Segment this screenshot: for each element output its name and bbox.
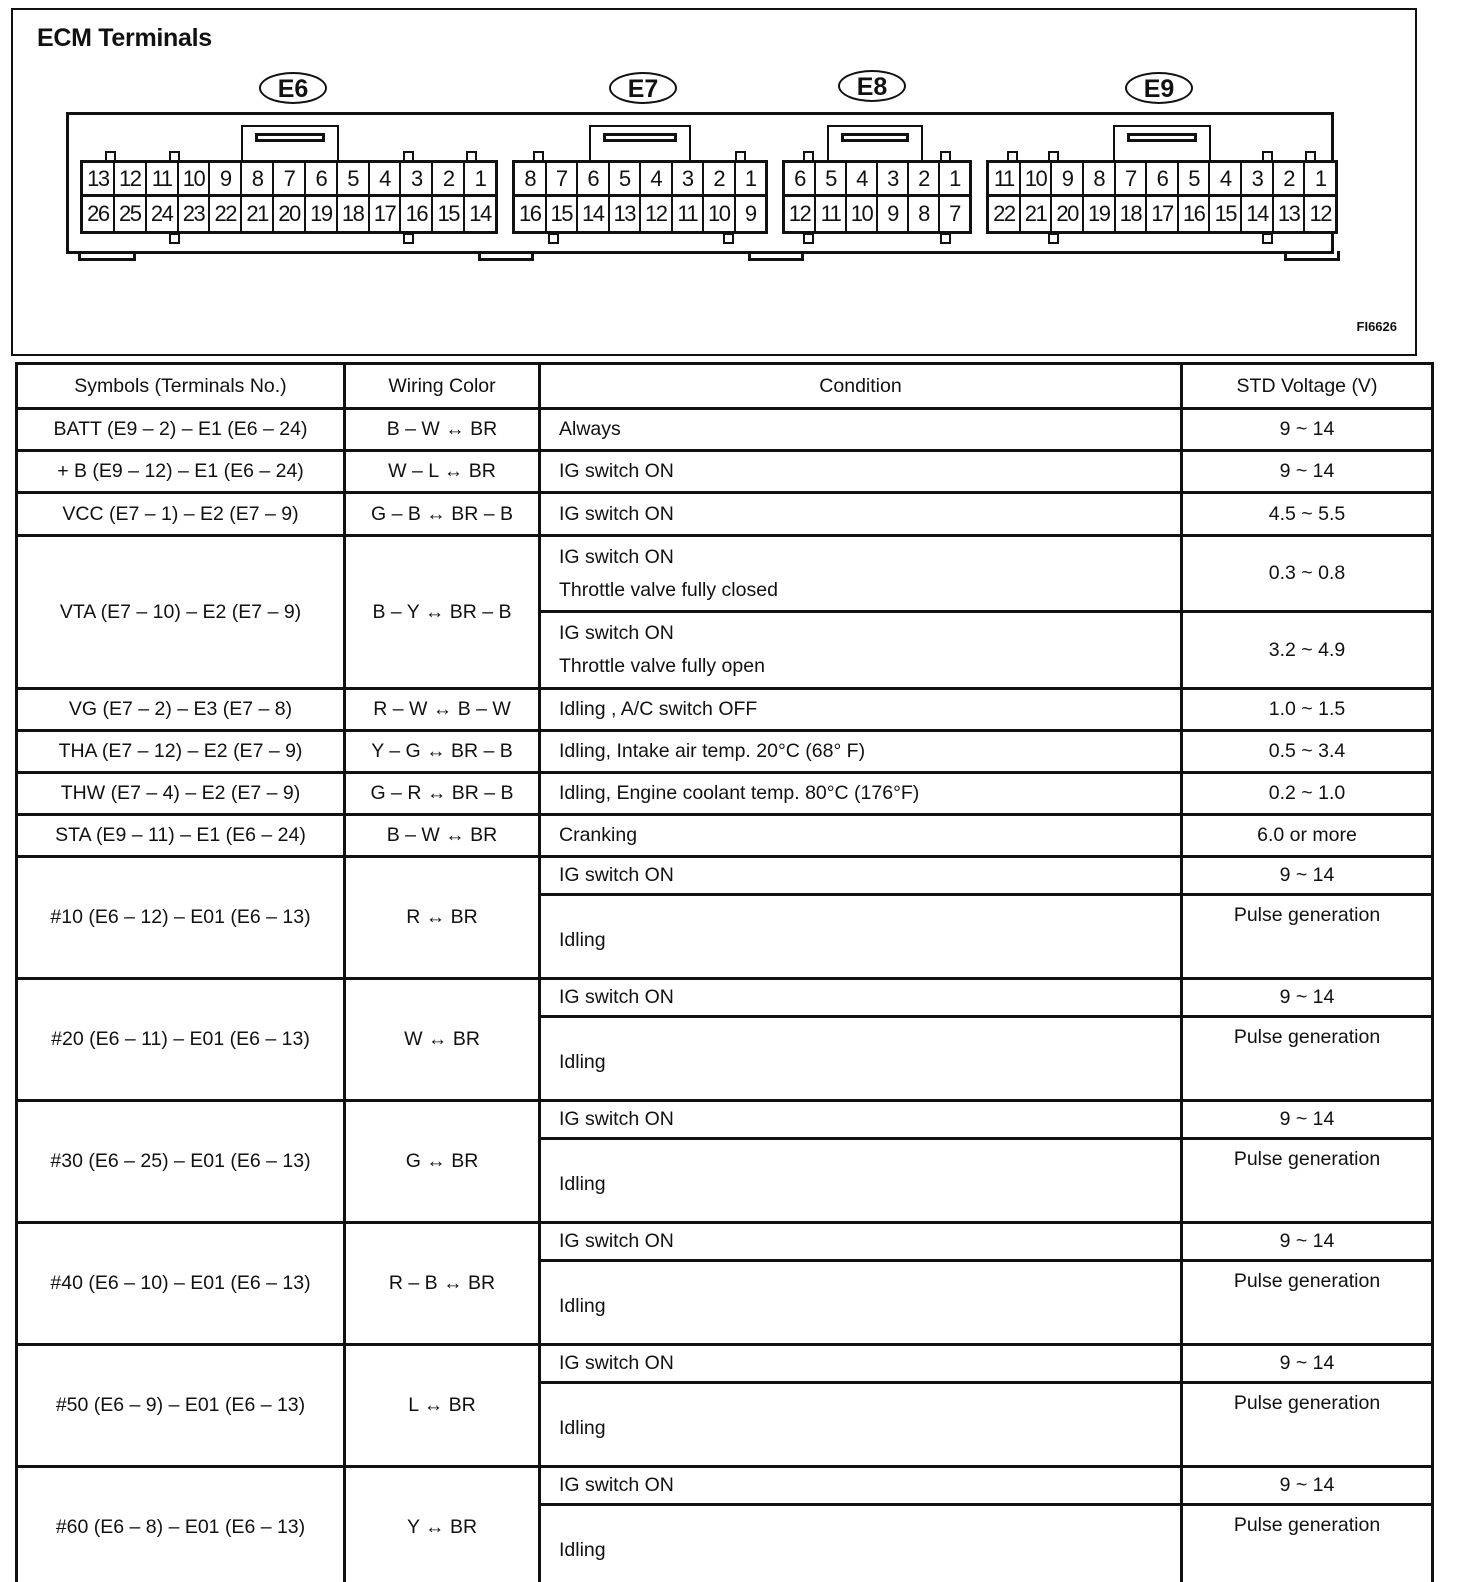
pin-row-bottom: 26252423222120191817161514 — [83, 197, 495, 231]
voltage-cell: 9 ~ 14 — [1182, 1345, 1433, 1383]
symbol-cell: VCC (E7 – 1) – E2 (E7 – 9) — [17, 493, 345, 536]
voltage-cell: 9 ~ 14 — [1182, 451, 1433, 493]
terminal-pin: 8 — [240, 163, 272, 194]
terminal-pin: 4 — [845, 163, 876, 194]
wiring-cell: W ↔ BR — [345, 979, 540, 1101]
table-header-row: Symbols (Terminals No.) Wiring Color Con… — [17, 364, 1433, 409]
voltage-cell: 0.2 ~ 1.0 — [1182, 773, 1433, 815]
terminal-pin: 11 — [671, 197, 703, 231]
voltage-cell: 9 ~ 14 — [1182, 1223, 1433, 1261]
guide-tab — [169, 151, 180, 162]
connector-e9: 1110987654321 2221201918171615141312 — [986, 160, 1338, 234]
terminal-pin: 12 — [113, 163, 145, 194]
terminal-pin: 22 — [989, 197, 1019, 231]
terminal-pin: 7 — [272, 163, 304, 194]
symbol-cell: THA (E7 – 12) – E2 (E7 – 9) — [17, 731, 345, 773]
header-wiring-color: Wiring Color — [345, 364, 540, 409]
terminal-pin: 20 — [272, 197, 304, 231]
condition-cell: Idling, Intake air temp. 20°C (68° F) — [540, 731, 1182, 773]
voltage-cell: 9 ~ 14 — [1182, 979, 1433, 1017]
terminal-pin: 22 — [208, 197, 240, 231]
condition-cell: IG switch ON Throttle valve fully closed — [540, 536, 1182, 612]
connector-lock — [827, 125, 923, 161]
guide-tab — [1305, 151, 1316, 162]
symbol-cell: #60 (E6 – 8) – E01 (E6 – 13) — [17, 1467, 345, 1582]
terminal-pin: 10 — [702, 197, 734, 231]
guide-tab — [1007, 151, 1018, 162]
terminal-pin: 7 — [545, 163, 577, 194]
terminal-pin: 16 — [1177, 197, 1209, 231]
terminal-pin: 16 — [515, 197, 545, 231]
voltage-cell: 6.0 or more — [1182, 815, 1433, 857]
table-row: + B (E9 – 12) – E1 (E6 – 24) W – L ↔ BR … — [17, 451, 1433, 493]
voltage-cell: 0.5 ~ 3.4 — [1182, 731, 1433, 773]
voltage-cell: 0.3 ~ 0.8 — [1182, 536, 1433, 612]
table-row: VG (E7 – 2) – E3 (E7 – 8) R – W ↔ B – W … — [17, 689, 1433, 731]
condition-cell: IG switch ON — [540, 493, 1182, 536]
figure-id: FI6626 — [1357, 319, 1397, 334]
table-row-injector: #50 (E6 – 9) – E01 (E6 – 13) L ↔ BR IG s… — [17, 1345, 1433, 1383]
table-row: VCC (E7 – 1) – E2 (E7 – 9) G – B ↔ BR – … — [17, 493, 1433, 536]
terminal-pin: 5 — [814, 163, 845, 194]
guide-tab — [403, 151, 414, 162]
condition-line: IG switch ON — [559, 541, 1162, 574]
terminal-pin: 9 — [208, 163, 240, 194]
terminal-pin: 13 — [83, 163, 113, 194]
symbol-cell: #30 (E6 – 25) – E01 (E6 – 13) — [17, 1101, 345, 1223]
terminal-pin: 14 — [463, 197, 495, 231]
voltage-cell: Pulse generation — [1182, 1139, 1433, 1223]
terminal-pin: 8 — [515, 163, 545, 194]
voltage-cell: 1.0 ~ 1.5 — [1182, 689, 1433, 731]
housing-foot — [78, 251, 136, 261]
terminal-pin: 19 — [304, 197, 336, 231]
terminal-pin: 13 — [608, 197, 640, 231]
table-row-injector: #20 (E6 – 11) – E01 (E6 – 13) W ↔ BR IG … — [17, 979, 1433, 1017]
terminal-pin: 7 — [938, 197, 969, 231]
terminal-pin: 18 — [1114, 197, 1146, 231]
terminal-pin: 2 — [907, 163, 938, 194]
terminal-pin: 4 — [639, 163, 671, 194]
terminal-pin: 10 — [845, 197, 876, 231]
terminal-pin: 4 — [1208, 163, 1240, 194]
pin-row-top: 654321 — [785, 163, 969, 197]
terminal-pin: 5 — [336, 163, 368, 194]
wiring-cell: W – L ↔ BR — [345, 451, 540, 493]
pin-row-bottom: 161514131211109 — [515, 197, 765, 231]
table-row-vta: VTA (E7 – 10) – E2 (E7 – 9) B – Y ↔ BR –… — [17, 536, 1433, 612]
voltage-cell: 3.2 ~ 4.9 — [1182, 612, 1433, 689]
terminal-pin: 25 — [113, 197, 145, 231]
table-row-injector: #40 (E6 – 10) – E01 (E6 – 13) R – B ↔ BR… — [17, 1223, 1433, 1261]
terminal-pin: 12 — [1303, 197, 1335, 231]
symbol-cell: VG (E7 – 2) – E3 (E7 – 8) — [17, 689, 345, 731]
wiring-cell: B – W ↔ BR — [345, 409, 540, 451]
symbol-cell: #40 (E6 – 10) – E01 (E6 – 13) — [17, 1223, 345, 1345]
pin-row-top: 13121110987654321 — [83, 163, 495, 197]
wiring-cell: B – Y ↔ BR – B — [345, 536, 540, 689]
terminal-pin: 3 — [399, 163, 431, 194]
terminal-pin: 15 — [1208, 197, 1240, 231]
guide-tab — [723, 233, 734, 244]
table-row: BATT (E9 – 2) – E1 (E6 – 24) B – W ↔ BR … — [17, 409, 1433, 451]
terminal-pin: 15 — [431, 197, 463, 231]
terminal-pin: 7 — [1114, 163, 1146, 194]
condition-cell: Idling — [540, 1261, 1182, 1345]
voltage-cell: 9 ~ 14 — [1182, 409, 1433, 451]
condition-cell: Idling — [540, 1139, 1182, 1223]
terminal-pin: 2 — [1272, 163, 1304, 194]
terminal-pin: 4 — [368, 163, 400, 194]
wiring-cell: B – W ↔ BR — [345, 815, 540, 857]
condition-cell: Idling — [540, 1383, 1182, 1467]
terminal-pin: 1 — [463, 163, 495, 194]
terminal-pin: 1 — [938, 163, 969, 194]
terminal-pin: 21 — [1019, 197, 1051, 231]
symbol-cell: BATT (E9 – 2) – E1 (E6 – 24) — [17, 409, 345, 451]
guide-tab — [169, 233, 180, 244]
table-row-injector: #10 (E6 – 12) – E01 (E6 – 13) R ↔ BR IG … — [17, 857, 1433, 895]
pin-row-bottom: 2221201918171615141312 — [989, 197, 1335, 231]
symbol-cell: + B (E9 – 12) – E1 (E6 – 24) — [17, 451, 345, 493]
condition-cell: Idling , A/C switch OFF — [540, 689, 1182, 731]
connector-label-e8: E8 — [838, 70, 906, 102]
voltage-cell: 4.5 ~ 5.5 — [1182, 493, 1433, 536]
condition-cell: IG switch ON Throttle valve fully open — [540, 612, 1182, 689]
terminal-pin: 5 — [1177, 163, 1209, 194]
table-row: THW (E7 – 4) – E2 (E7 – 9) G – R ↔ BR – … — [17, 773, 1433, 815]
connector-lock — [589, 125, 691, 161]
terminal-pin: 19 — [1082, 197, 1114, 231]
connector-label-e6: E6 — [259, 72, 327, 104]
diagram-title: ECM Terminals — [37, 24, 212, 53]
terminal-pin: 2 — [431, 163, 463, 194]
condition-line: Throttle valve fully closed — [559, 574, 1162, 607]
condition-cell: IG switch ON — [540, 1223, 1182, 1261]
terminal-pin: 1 — [734, 163, 766, 194]
terminal-pin: 2 — [702, 163, 734, 194]
terminal-pin: 14 — [1240, 197, 1272, 231]
guide-tab — [940, 233, 951, 244]
terminal-pin: 3 — [1240, 163, 1272, 194]
terminal-pin: 17 — [1145, 197, 1177, 231]
wiring-cell: R – W ↔ B – W — [345, 689, 540, 731]
terminal-pin: 9 — [876, 197, 907, 231]
guide-tab — [1262, 151, 1273, 162]
voltage-cell: Pulse generation — [1182, 1505, 1433, 1582]
terminal-pin: 11 — [814, 197, 845, 231]
voltage-cell: 9 ~ 14 — [1182, 1101, 1433, 1139]
header-std-voltage: STD Voltage (V) — [1182, 364, 1433, 409]
terminal-pin: 6 — [304, 163, 336, 194]
guide-tab — [803, 151, 814, 162]
voltage-cell: Pulse generation — [1182, 895, 1433, 979]
wiring-cell: G ↔ BR — [345, 1101, 540, 1223]
terminal-pin: 3 — [671, 163, 703, 194]
condition-cell: IG switch ON — [540, 1467, 1182, 1505]
connector-label-e9: E9 — [1125, 72, 1193, 104]
connector-e7: 87654321 161514131211109 — [512, 160, 768, 234]
terminal-pin: 20 — [1050, 197, 1082, 231]
table-row: STA (E9 – 11) – E1 (E6 – 24) B – W ↔ BR … — [17, 815, 1433, 857]
wiring-cell: G – R ↔ BR – B — [345, 773, 540, 815]
condition-cell: Idling — [540, 1017, 1182, 1101]
condition-cell: Idling — [540, 1505, 1182, 1582]
terminal-pin: 9 — [734, 197, 766, 231]
guide-tab — [105, 151, 116, 162]
guide-tab — [1262, 233, 1273, 244]
terminal-pin: 6 — [1145, 163, 1177, 194]
guide-tab — [803, 233, 814, 244]
housing-foot — [1284, 251, 1340, 261]
wiring-cell: L ↔ BR — [345, 1345, 540, 1467]
terminal-pin: 10 — [177, 163, 209, 194]
terminal-pin: 6 — [576, 163, 608, 194]
guide-tab — [940, 151, 951, 162]
guide-tab — [1048, 151, 1059, 162]
terminal-pin: 21 — [240, 197, 272, 231]
condition-cell: Idling, Engine coolant temp. 80°C (176°F… — [540, 773, 1182, 815]
condition-cell: IG switch ON — [540, 979, 1182, 1017]
table-row: THA (E7 – 12) – E2 (E7 – 9) Y – G ↔ BR –… — [17, 731, 1433, 773]
guide-tab — [1048, 233, 1059, 244]
terminal-pin: 24 — [145, 197, 177, 231]
voltage-cell: Pulse generation — [1182, 1383, 1433, 1467]
condition-line: IG switch ON — [559, 617, 1162, 650]
terminal-pin: 15 — [545, 197, 577, 231]
terminal-pin: 8 — [907, 197, 938, 231]
condition-cell: Idling — [540, 895, 1182, 979]
terminal-pin: 10 — [1019, 163, 1051, 194]
connector-lock — [241, 125, 339, 161]
symbol-cell: #50 (E6 – 9) – E01 (E6 – 13) — [17, 1345, 345, 1467]
terminal-pin: 17 — [368, 197, 400, 231]
condition-cell: IG switch ON — [540, 857, 1182, 895]
wiring-cell: G – B ↔ BR – B — [345, 493, 540, 536]
wiring-cell: Y – G ↔ BR – B — [345, 731, 540, 773]
guide-tab — [466, 151, 477, 162]
condition-cell: Cranking — [540, 815, 1182, 857]
guide-tab — [735, 151, 746, 162]
header-symbols: Symbols (Terminals No.) — [17, 364, 345, 409]
terminal-pin: 3 — [876, 163, 907, 194]
guide-tab — [403, 233, 414, 244]
terminal-pin: 16 — [399, 197, 431, 231]
guide-tab — [548, 233, 559, 244]
voltage-cell: Pulse generation — [1182, 1261, 1433, 1345]
terminal-pin: 12 — [785, 197, 814, 231]
wiring-cell: Y ↔ BR — [345, 1467, 540, 1582]
condition-line: Throttle valve fully open — [559, 650, 1162, 683]
terminal-pin: 1 — [1303, 163, 1335, 194]
terminal-pin: 12 — [639, 197, 671, 231]
wiring-cell: R ↔ BR — [345, 857, 540, 979]
housing-foot — [478, 251, 534, 261]
terminal-pin: 14 — [576, 197, 608, 231]
symbol-cell: STA (E9 – 11) – E1 (E6 – 24) — [17, 815, 345, 857]
connector-lock — [1113, 125, 1211, 161]
connector-e8: 654321 121110987 — [782, 160, 972, 234]
ecm-terminal-spec-table: Symbols (Terminals No.) Wiring Color Con… — [15, 362, 1434, 1582]
terminal-pin: 8 — [1082, 163, 1114, 194]
symbol-cell: THW (E7 – 4) – E2 (E7 – 9) — [17, 773, 345, 815]
voltage-cell: 9 ~ 14 — [1182, 1467, 1433, 1505]
terminal-pin: 23 — [177, 197, 209, 231]
terminal-pin: 11 — [989, 163, 1019, 194]
connector-label-e7: E7 — [609, 72, 677, 104]
table-row-injector: #60 (E6 – 8) – E01 (E6 – 13) Y ↔ BR IG s… — [17, 1467, 1433, 1505]
terminal-pin: 11 — [145, 163, 177, 194]
condition-cell: Always — [540, 409, 1182, 451]
connector-e6: 13121110987654321 2625242322212019181716… — [80, 160, 498, 234]
condition-cell: IG switch ON — [540, 1101, 1182, 1139]
symbol-cell: #10 (E6 – 12) – E01 (E6 – 13) — [17, 857, 345, 979]
terminal-pin: 5 — [608, 163, 640, 194]
pin-row-top: 1110987654321 — [989, 163, 1335, 197]
symbol-cell: #20 (E6 – 11) – E01 (E6 – 13) — [17, 979, 345, 1101]
voltage-cell: 9 ~ 14 — [1182, 857, 1433, 895]
table-row-injector: #30 (E6 – 25) – E01 (E6 – 13) G ↔ BR IG … — [17, 1101, 1433, 1139]
symbol-cell: VTA (E7 – 10) – E2 (E7 – 9) — [17, 536, 345, 689]
pin-row-bottom: 121110987 — [785, 197, 969, 231]
wiring-cell: R – B ↔ BR — [345, 1223, 540, 1345]
condition-cell: IG switch ON — [540, 451, 1182, 493]
terminal-pin: 18 — [336, 197, 368, 231]
voltage-cell: Pulse generation — [1182, 1017, 1433, 1101]
terminal-pin: 26 — [83, 197, 113, 231]
housing-foot — [748, 251, 804, 261]
terminal-pin: 13 — [1272, 197, 1304, 231]
header-condition: Condition — [540, 364, 1182, 409]
terminal-pin: 9 — [1050, 163, 1082, 194]
condition-cell: IG switch ON — [540, 1345, 1182, 1383]
terminal-pin: 6 — [785, 163, 814, 194]
pin-row-top: 87654321 — [515, 163, 765, 197]
guide-tab — [533, 151, 544, 162]
